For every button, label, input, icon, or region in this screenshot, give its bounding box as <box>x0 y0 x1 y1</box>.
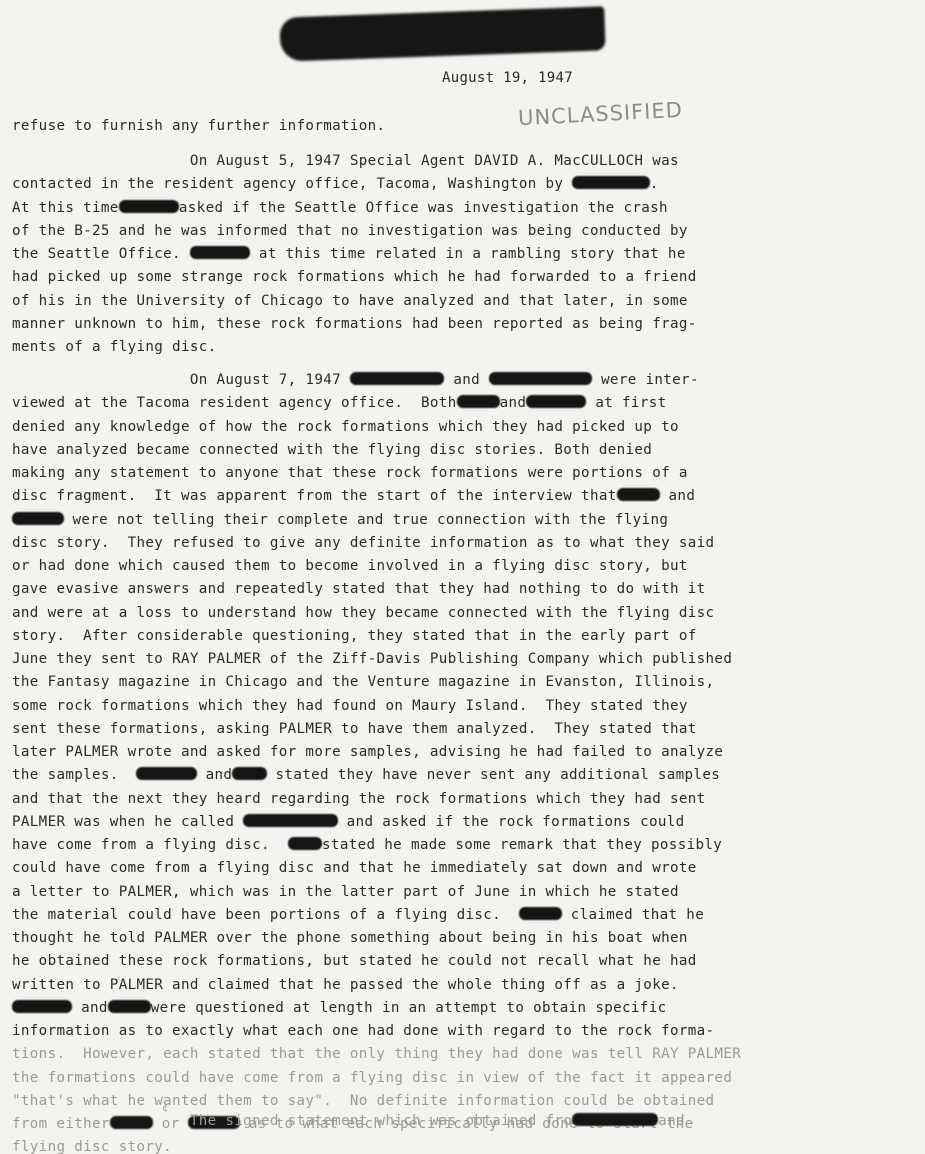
text-line: of the B-25 and he was informed that no … <box>12 223 688 239</box>
text-line: story. After considerable questioning, t… <box>12 628 697 644</box>
header-redaction <box>279 6 605 61</box>
redaction <box>108 1000 151 1013</box>
text-line: disc story. They refused to give any def… <box>12 535 714 551</box>
document-page: August 19, 1947 UNCLASSIFIED refuse to f… <box>0 0 925 1154</box>
text-line: "that's what he wanted them to say". No … <box>12 1093 714 1109</box>
text-line: flying disc story. <box>12 1139 172 1154</box>
text-line: disc fragment. It was apparent from the … <box>12 488 695 504</box>
text-line: the samples. and stated they have never … <box>12 767 720 783</box>
text-line: making any statement to anyone that thes… <box>12 465 688 481</box>
stray-mark: ¢ <box>162 1103 168 1114</box>
text-line: have analyzed became connected with the … <box>12 442 652 458</box>
redaction <box>136 767 196 780</box>
redaction <box>489 372 592 385</box>
redaction <box>617 488 660 501</box>
text-line: At this timeasked if the Seattle Office … <box>12 200 668 216</box>
text-line: andwere questioned at length in an attem… <box>12 1000 666 1016</box>
text-line: could have come from a flying disc and t… <box>12 860 697 876</box>
text-line: sent these formations, asking PALMER to … <box>12 721 697 737</box>
text-line: June they sent to RAY PALMER of the Ziff… <box>12 651 732 667</box>
text-line: tions. However, each stated that the onl… <box>12 1046 741 1062</box>
text-line: he obtained these rock formations, but s… <box>12 953 697 969</box>
text-line: have come from a flying disc. stated he … <box>12 837 722 853</box>
text-line: denied any knowledge of how the rock for… <box>12 419 679 435</box>
text-line: information as to exactly what each one … <box>12 1023 714 1039</box>
text-line: On August 5, 1947 Special Agent DAVID A.… <box>12 153 679 169</box>
redaction <box>519 907 562 920</box>
redaction <box>288 837 322 850</box>
text-line: and that the next they heard regarding t… <box>12 791 706 807</box>
text-line: viewed at the Tacoma resident agency off… <box>12 395 667 411</box>
redaction <box>572 176 649 189</box>
redaction <box>243 814 338 827</box>
text-line: later PALMER wrote and asked for more sa… <box>12 744 723 760</box>
text-line: a letter to PALMER, which was in the lat… <box>12 884 679 900</box>
text-line: the Fantasy magazine in Chicago and the … <box>12 674 714 690</box>
text-line: ments of a flying disc. <box>12 339 217 355</box>
text-line: thought he told PALMER over the phone so… <box>12 930 688 946</box>
text-line: refuse to furnish any further informatio… <box>12 118 385 134</box>
text-line: the Seattle Office. at this time related… <box>12 246 686 262</box>
text-line: or had done which caused them to become … <box>12 558 688 574</box>
redaction <box>232 767 266 780</box>
redaction <box>572 1113 658 1126</box>
text-line: of his in the University of Chicago to h… <box>12 293 688 309</box>
unclassified-stamp: UNCLASSIFIED <box>517 98 683 131</box>
text-line: contacted in the resident agency office,… <box>12 176 658 192</box>
text-line: the formations could have come from a fl… <box>12 1070 732 1086</box>
redaction <box>526 395 586 408</box>
redaction <box>12 1000 72 1013</box>
text-line: PALMER was when he called and asked if t… <box>12 814 685 830</box>
text-line: manner unknown to him, these rock format… <box>12 316 697 332</box>
text-line: The signed statement which was obtained … <box>12 1113 685 1129</box>
text-line: some rock formations which they had foun… <box>12 698 688 714</box>
text-line: written to PALMER and claimed that he pa… <box>12 977 679 993</box>
redaction <box>190 246 250 259</box>
text-line: were not telling their complete and true… <box>12 512 668 528</box>
redaction <box>12 512 64 525</box>
text-line: and were at a loss to understand how the… <box>12 605 714 621</box>
text-line: gave evasive answers and repeatedly stat… <box>12 581 706 597</box>
text-line: On August 7, 1947 and were inter- <box>12 372 699 388</box>
redaction <box>457 395 500 408</box>
text-line: had picked up some strange rock formatio… <box>12 269 697 285</box>
text-line: the material could have been portions of… <box>12 907 704 923</box>
redaction <box>350 372 445 385</box>
document-date: August 19, 1947 <box>442 70 573 86</box>
redaction <box>119 200 179 213</box>
